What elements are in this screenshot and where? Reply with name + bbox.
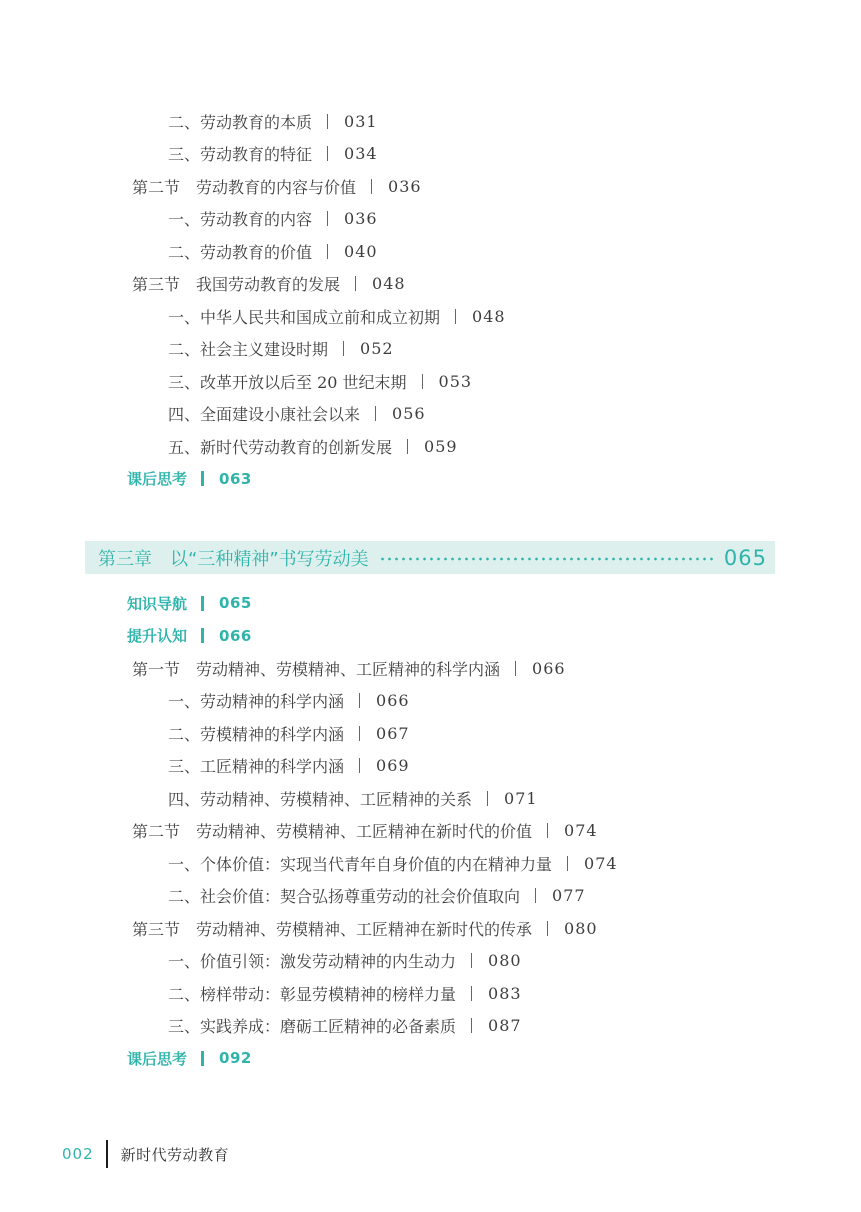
toc-entry-page: 053 bbox=[439, 372, 473, 391]
separator-bar bbox=[547, 823, 548, 838]
separator-bar bbox=[547, 921, 548, 936]
toc-entry-page: 031 bbox=[344, 112, 378, 131]
toc-entry-page: 059 bbox=[424, 437, 458, 456]
toc-entry: 二、劳动教育的本质 031 bbox=[0, 105, 861, 138]
separator-bar bbox=[359, 726, 360, 741]
toc-entry-page: 077 bbox=[552, 886, 586, 905]
toc-entry-title: 课后思考 bbox=[127, 1048, 187, 1069]
separator-bar bbox=[375, 406, 376, 421]
toc-entry: 四、全面建设小康社会以来 056 bbox=[0, 398, 861, 431]
toc-entry-title: 四、全面建设小康社会以来 bbox=[168, 402, 360, 425]
separator-bar bbox=[455, 309, 456, 324]
toc-entry-section: 第一节 劳动精神、劳模精神、工匠精神的科学内涵 066 bbox=[0, 652, 861, 685]
toc-entry-title: 三、劳动教育的特征 bbox=[168, 142, 312, 165]
separator-bar bbox=[359, 758, 360, 773]
dotted-leader bbox=[379, 557, 716, 561]
toc-entry: 一、中华人民共和国成立前和成立初期 048 bbox=[0, 300, 861, 333]
toc-entry-page: 074 bbox=[564, 821, 598, 840]
toc-entry-page: 066 bbox=[532, 659, 566, 678]
toc-entry: 三、实践养成：磨砺工匠精神的必备素质 087 bbox=[0, 1010, 861, 1043]
toc-entry-title: 二、社会价值：契合弘扬尊重劳动的社会价值取向 bbox=[168, 884, 520, 907]
toc-entry-page: 087 bbox=[488, 1016, 522, 1035]
toc-entry: 四、劳动精神、劳模精神、工匠精神的关系 071 bbox=[0, 782, 861, 815]
toc-entry-title: 一、个体价值：实现当代青年自身价值的内在精神力量 bbox=[168, 852, 552, 875]
toc-entry-title: 第三节 劳动精神、劳模精神、工匠精神在新时代的传承 bbox=[132, 917, 532, 940]
separator-bar bbox=[327, 211, 328, 226]
toc-entry-title: 三、实践养成：磨砺工匠精神的必备素质 bbox=[168, 1014, 456, 1037]
toc-entry-section: 第二节 劳动教育的内容与价值 036 bbox=[0, 170, 861, 203]
separator-bar bbox=[201, 628, 204, 643]
toc-entry-page: 080 bbox=[488, 951, 522, 970]
chapter-heading-band: 第三章 以“三种精神”书写劳动美 065 bbox=[85, 541, 775, 574]
toc-entry-title: 三、工匠精神的科学内涵 bbox=[168, 754, 344, 777]
toc-entry: 一、价值引领：激发劳动精神的内生动力 080 bbox=[0, 945, 861, 978]
toc-entry: 二、劳动教育的价值 040 bbox=[0, 235, 861, 268]
separator-bar bbox=[535, 888, 536, 903]
toc-entry: 二、社会主义建设时期 052 bbox=[0, 333, 861, 366]
toc-entry: 二、劳模精神的科学内涵 067 bbox=[0, 717, 861, 750]
toc-entry: 二、榜样带动：彰显劳模精神的榜样力量 083 bbox=[0, 977, 861, 1010]
footer-divider bbox=[106, 1140, 108, 1168]
toc-entry-page: 063 bbox=[219, 470, 252, 488]
toc-entry-page: 034 bbox=[344, 144, 378, 163]
toc-entry-review: 课后思考 063 bbox=[0, 463, 861, 496]
toc-entry-title: 一、价值引领：激发劳动精神的内生动力 bbox=[168, 949, 456, 972]
toc-entry-nav: 提升认知 066 bbox=[0, 620, 861, 653]
toc-entry-title: 四、劳动精神、劳模精神、工匠精神的关系 bbox=[168, 787, 472, 810]
separator-bar bbox=[422, 374, 423, 389]
toc-entry-page: 066 bbox=[376, 691, 410, 710]
toc-entry-page: 092 bbox=[219, 1049, 252, 1067]
separator-bar bbox=[371, 179, 372, 194]
separator-bar bbox=[327, 244, 328, 259]
toc-entry-section: 第二节 劳动精神、劳模精神、工匠精神在新时代的价值 074 bbox=[0, 815, 861, 848]
separator-bar bbox=[471, 953, 472, 968]
separator-bar bbox=[359, 693, 360, 708]
toc-entry-page: 071 bbox=[504, 789, 538, 808]
toc-entry-page: 036 bbox=[344, 209, 378, 228]
separator-bar bbox=[327, 146, 328, 161]
toc-entry-title: 二、榜样带动：彰显劳模精神的榜样力量 bbox=[168, 982, 456, 1005]
toc-entry-title: 一、劳动教育的内容 bbox=[168, 207, 312, 230]
toc-entry-page: 083 bbox=[488, 984, 522, 1003]
separator-bar bbox=[355, 276, 356, 291]
toc-entry-title: 课后思考 bbox=[127, 468, 187, 489]
toc-entry-title: 一、劳动精神的科学内涵 bbox=[168, 689, 344, 712]
toc-entry-title: 第一节 劳动精神、劳模精神、工匠精神的科学内涵 bbox=[132, 657, 500, 680]
toc-entry-page: 065 bbox=[219, 594, 252, 612]
toc-entry-section: 第三节 劳动精神、劳模精神、工匠精神在新时代的传承 080 bbox=[0, 912, 861, 945]
toc-entry: 一、劳动精神的科学内涵 066 bbox=[0, 685, 861, 718]
separator-bar bbox=[487, 791, 488, 806]
book-toc-page: 二、劳动教育的本质 031 三、劳动教育的特征 034 第二节 劳动教育的内容与… bbox=[0, 0, 861, 1212]
separator-bar bbox=[343, 341, 344, 356]
toc-entry-page: 036 bbox=[388, 177, 422, 196]
toc-entry: 一、个体价值：实现当代青年自身价值的内在精神力量 074 bbox=[0, 847, 861, 880]
toc-entry: 三、劳动教育的特征 034 bbox=[0, 138, 861, 171]
toc-entry-title: 一、中华人民共和国成立前和成立初期 bbox=[168, 305, 440, 328]
toc-entry-page: 066 bbox=[219, 627, 252, 645]
toc-entry-page: 040 bbox=[344, 242, 378, 261]
toc-entry-title: 第三节 我国劳动教育的发展 bbox=[132, 272, 340, 295]
toc-entry-title: 第二节 劳动教育的内容与价值 bbox=[132, 175, 356, 198]
toc-entry-title: 二、社会主义建设时期 bbox=[168, 337, 328, 360]
book-title: 新时代劳动教育 bbox=[121, 1144, 230, 1165]
toc-entry-page: 056 bbox=[392, 404, 426, 423]
toc-entry-title: 二、劳模精神的科学内涵 bbox=[168, 722, 344, 745]
toc-entry-page: 080 bbox=[564, 919, 598, 938]
separator-bar bbox=[515, 661, 516, 676]
toc-entry-review: 课后思考 092 bbox=[0, 1042, 861, 1075]
toc-entry-section: 第三节 我国劳动教育的发展 048 bbox=[0, 268, 861, 301]
separator-bar bbox=[471, 986, 472, 1001]
separator-bar bbox=[201, 1051, 204, 1066]
toc-entry-title: 提升认知 bbox=[127, 625, 187, 646]
toc-entry: 三、工匠精神的科学内涵 069 bbox=[0, 750, 861, 783]
toc-entry-nav: 知识导航 065 bbox=[0, 587, 861, 620]
page-footer: 002 新时代劳动教育 bbox=[62, 1139, 229, 1169]
separator-bar bbox=[471, 1018, 472, 1033]
toc-entry-page: 067 bbox=[376, 724, 410, 743]
toc-entry-title: 二、劳动教育的本质 bbox=[168, 110, 312, 133]
toc-entry: 二、社会价值：契合弘扬尊重劳动的社会价值取向 077 bbox=[0, 880, 861, 913]
toc-entry: 五、新时代劳动教育的创新发展 059 bbox=[0, 430, 861, 463]
toc-entry: 三、改革开放以后至 20 世纪末期 053 bbox=[0, 365, 861, 398]
toc-entry-page: 048 bbox=[372, 274, 406, 293]
toc-entry: 一、劳动教育的内容 036 bbox=[0, 203, 861, 236]
toc-entry-title: 第二节 劳动精神、劳模精神、工匠精神在新时代的价值 bbox=[132, 819, 532, 842]
separator-bar bbox=[327, 114, 328, 129]
toc-entry-title: 五、新时代劳动教育的创新发展 bbox=[168, 435, 392, 458]
toc-entry-page: 048 bbox=[472, 307, 506, 326]
separator-bar bbox=[567, 856, 568, 871]
table-of-contents: 二、劳动教育的本质 031 三、劳动教育的特征 034 第二节 劳动教育的内容与… bbox=[0, 105, 861, 1075]
toc-entry-page: 052 bbox=[360, 339, 394, 358]
separator-bar bbox=[407, 439, 408, 454]
toc-entry-title: 三、改革开放以后至 20 世纪末期 bbox=[168, 370, 407, 393]
toc-entry-title: 二、劳动教育的价值 bbox=[168, 240, 312, 263]
folio-number: 002 bbox=[62, 1145, 94, 1163]
toc-entry-page: 069 bbox=[376, 756, 410, 775]
chapter-page-number: 065 bbox=[724, 546, 767, 570]
toc-entry-title: 知识导航 bbox=[127, 593, 187, 614]
toc-entry-page: 074 bbox=[584, 854, 618, 873]
separator-bar bbox=[201, 596, 204, 611]
chapter-title: 第三章 以“三种精神”书写劳动美 bbox=[98, 545, 369, 571]
separator-bar bbox=[201, 471, 204, 486]
